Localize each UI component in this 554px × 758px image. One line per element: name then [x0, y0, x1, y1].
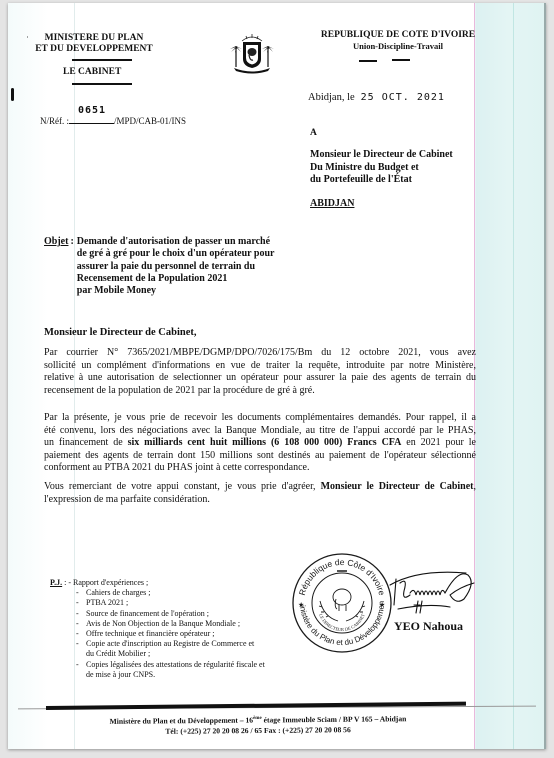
coat-of-arms-icon	[228, 33, 276, 75]
scan-artifact-line	[513, 3, 514, 749]
recipient-line: du Portefeuille de l'État	[310, 174, 453, 187]
footer-address: Ministère du Plan et du Développement – …	[68, 712, 448, 737]
superscript: ème	[253, 716, 262, 721]
office-name: LE CABINET	[63, 67, 121, 77]
ministry-heading: MINISTERE DU PLAN ET DU DEVELOPPEMENT	[24, 33, 164, 55]
attachments-list: P.J. : - Rapport d'expériences ; Cahiers…	[50, 578, 265, 680]
paragraph-line: été convenu, lors des négociations avec …	[44, 425, 476, 438]
republic-name: REPUBLIQUE DE COTE D'IVOIRE	[308, 30, 488, 41]
svg-text:LE DIRECTEUR DE CABINET: LE DIRECTEUR DE CABINET	[318, 613, 366, 632]
attachment-item: Avis de Non Objection de la Banque Mondi…	[76, 619, 265, 629]
attachment-items: Cahiers de charges ;PTBA 2021 ;Source de…	[76, 588, 265, 680]
text-run: étage Immeuble Sciam / BP V 165 – Abidja…	[262, 714, 407, 724]
attachment-item: Copie acte d'inscription au Registre de …	[76, 639, 265, 649]
divider	[72, 59, 132, 61]
paragraph-line: relative à une autorisation de selection…	[44, 372, 476, 385]
paragraph-line: Par la présente, je vous prie de recevoi…	[44, 412, 476, 425]
attachment-item: du Crédit Mobilier ;	[76, 649, 265, 659]
text-run: un financement de	[44, 437, 128, 448]
ministry-line-1: MINISTERE DU PLAN	[24, 33, 164, 44]
republic-heading: REPUBLIQUE DE COTE D'IVOIRE Union-Discip…	[308, 30, 488, 52]
reference-blank	[69, 116, 114, 124]
subject-block: Objet : Demande d'autorisation de passer…	[44, 236, 274, 297]
paragraph-line: paiement des agents de terrain dont 150 …	[44, 450, 476, 463]
attachment-item: Offre technique et financière opérateur …	[76, 629, 265, 639]
text-run: Vous remerciant de votre appui constant,…	[44, 481, 321, 492]
handwritten-signature-icon	[388, 565, 478, 621]
divider	[72, 83, 132, 85]
attachment-item: Copies légalisées des attestations de ré…	[76, 660, 265, 670]
date-line: Abidjan, le25 OCT. 2021	[308, 92, 445, 103]
paragraph-line: conforment au PTBA 2021 du PHAS joint à …	[44, 462, 476, 475]
signatory-name: YEO Nahoua	[394, 619, 463, 634]
paragraph-line: un financement de six milliards cent hui…	[44, 437, 476, 450]
paragraph-line: Vous remerciant de votre appui constant,…	[44, 481, 476, 494]
svg-text:★: ★	[379, 601, 385, 609]
recipient-prefix: A	[310, 128, 317, 138]
body-paragraph-1: Par courrier N° 7365/2021/MBPE/DGMP/DPO/…	[44, 347, 476, 397]
attachments-label: P.J.	[50, 578, 62, 588]
divider	[359, 60, 377, 62]
ministry-line-2: ET DU DEVELOPPEMENT	[24, 44, 164, 55]
attachment-item: Rapport d'expériences ;	[73, 578, 148, 588]
subject-line: par Mobile Money	[77, 285, 275, 297]
paragraph-line: recensement de la population de 2021 par…	[44, 385, 476, 398]
reference-line: N/Réf. :/MPD/CAB-01/INS	[40, 116, 186, 126]
footer-divider	[46, 702, 466, 710]
text-run: ,	[474, 481, 477, 492]
subject-text: Demande d'autorisation de passer un marc…	[77, 236, 275, 297]
subject-label: Objet	[44, 236, 68, 297]
letter-page: ʿ MINISTERE DU PLAN ET DU DEVELOPPEMENT …	[8, 3, 546, 749]
text-run: en 2021 pour le	[401, 437, 476, 448]
attachment-item: Cahiers de charges ;	[76, 588, 265, 598]
paragraph-line: Par courrier N° 7365/2021/MBPE/DGMP/DPO/…	[44, 347, 476, 360]
national-motto: Union-Discipline-Travail	[308, 41, 488, 52]
date-prefix: Abidjan, le	[308, 92, 355, 103]
reference-suffix: /MPD/CAB-01/INS	[114, 116, 186, 126]
attachment-item: PTBA 2021 ;	[76, 598, 265, 608]
attachment-item: Source de financement de l'opération ;	[76, 609, 265, 619]
recipient-line: Du Ministre du Budget et	[310, 162, 453, 175]
subject-separator: :	[70, 236, 73, 297]
date-stamp: 25 OCT. 2021	[361, 92, 445, 103]
svg-text:★: ★	[298, 601, 304, 609]
subject-line: Recensement de la Population 2021	[77, 273, 275, 285]
ink-mark	[11, 88, 14, 101]
paragraph-line: l'expression de ma parfaite considératio…	[44, 494, 476, 507]
subject-line: Demande d'autorisation de passer un marc…	[77, 236, 275, 248]
subject-line: assurer la paie du personnel de terrain …	[77, 261, 275, 273]
recipient-city: ABIDJAN	[310, 198, 354, 209]
official-seal-icon: République de Côte d'Ivoire Ministère du…	[290, 551, 394, 655]
addressee-emphasis: Monsieur le Directeur de Cabinet	[321, 481, 474, 492]
body-paragraph-2: Par la présente, je vous prie de recevoi…	[44, 412, 476, 475]
page-edge	[544, 3, 546, 749]
body-paragraph-3: Vous remerciant de votre appui constant,…	[44, 481, 476, 506]
reference-number-stamp: 0651	[78, 105, 106, 116]
divider	[392, 59, 410, 61]
reference-label: N/Réf. :	[40, 116, 69, 126]
text-run: Ministère du Plan et du Développement – …	[110, 716, 254, 726]
funding-amount: six milliards cent huit millions (6 108 …	[128, 437, 402, 448]
attachment-item: de mise à jour CNPS.	[76, 670, 265, 680]
paragraph-line: sollicité un complément d'informations e…	[44, 360, 476, 373]
attachments-separator: : -	[64, 578, 71, 588]
attachments-header: P.J. : - Rapport d'expériences ;	[50, 578, 265, 588]
subject-line: de gré à gré pour le choix d'un opérateu…	[77, 248, 275, 260]
recipient-line: Monsieur le Directeur de Cabinet	[310, 149, 453, 162]
recipient-address: Monsieur le Directeur de Cabinet Du Mini…	[310, 149, 453, 187]
salutation: Monsieur le Directeur de Cabinet,	[44, 327, 197, 338]
svg-text:République de Côte d'Ivoire: République de Côte d'Ivoire	[297, 557, 387, 597]
